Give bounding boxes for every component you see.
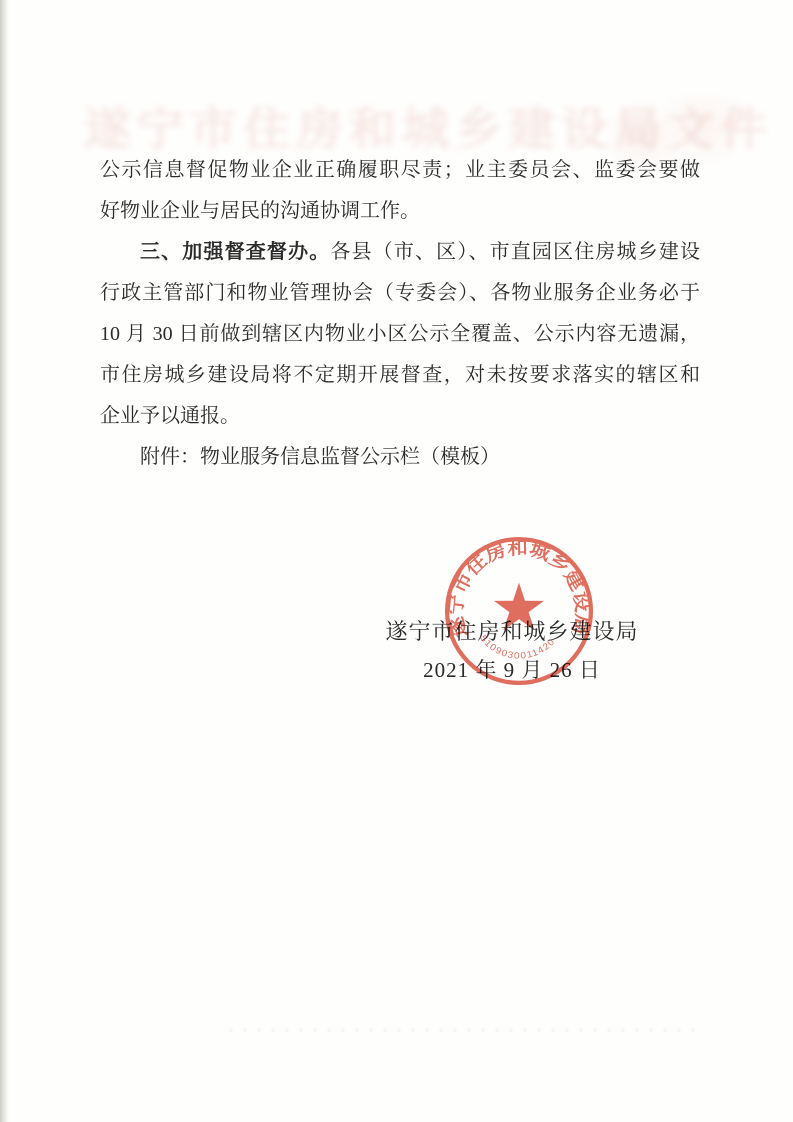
section-heading: 三、加强督查督办。	[140, 241, 330, 263]
paragraph-line: 三、加强督查督办。各县（市、区）、市直园区住房城乡建设	[100, 232, 700, 273]
paragraph-line: 10 月 30 日前做到辖区内物业小区公示全覆盖、公示内容无遗漏，	[100, 314, 700, 355]
seal-star-icon	[494, 583, 544, 631]
scanned-document-page: 遂宁市住房和城乡建设局文件 公示信息督促物业企业正确履职尽责；业主委员会、监委会…	[0, 0, 793, 1122]
paragraph-line: 行政主管部门和物业管理协会（专委会）、各物业服务企业务必于	[100, 273, 700, 314]
paragraph-line: 市住房城乡建设局将不定期开展督查，对未按要求落实的辖区和	[100, 355, 700, 396]
scan-noise-line	[230, 1028, 700, 1032]
official-seal: 遂宁市住房和城乡建设局 5109030011420	[440, 532, 598, 690]
paragraph-text: 各县（市、区）、市直园区住房城乡建设	[330, 241, 700, 263]
scan-edge-artifact	[0, 0, 9, 1122]
attachment-line: 附件：物业服务信息监督公示栏（模板）	[100, 437, 700, 478]
document-body: 公示信息督促物业企业正确履职尽责；业主委员会、监委会要做 好物业企业与居民的沟通…	[100, 150, 700, 478]
seal-code: 5109030011420	[478, 633, 557, 661]
paragraph-line: 企业予以通报。	[100, 396, 700, 437]
paragraph-line: 公示信息督促物业企业正确履职尽责；业主委员会、监委会要做	[100, 150, 700, 191]
paragraph-line: 好物业企业与居民的沟通协调工作。	[100, 191, 700, 232]
